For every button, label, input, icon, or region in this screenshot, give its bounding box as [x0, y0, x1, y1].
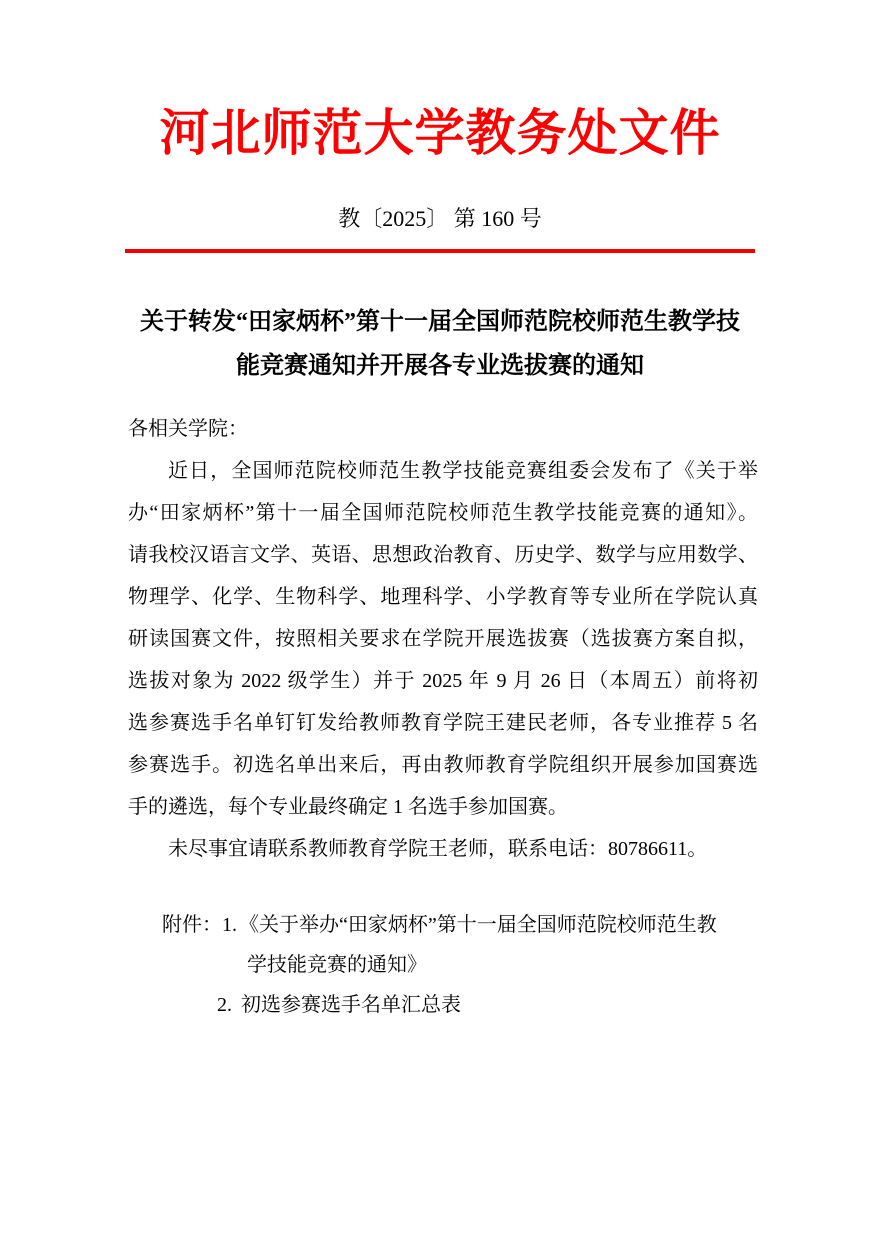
attachments-label: 附件： [162, 914, 222, 936]
document-title-line-2: 能竞赛通知并开展各专业选拔赛的通知 [0, 344, 880, 388]
document-body: 各相关学院： 近日，全国师范院校师范生教学技能竞赛组委会发布了《关于举 办“田家… [128, 408, 758, 870]
doc-number: 教〔2025〕 第 160 号 [0, 204, 880, 234]
body-line: 近日，全国师范院校师范生教学技能竞赛组委会发布了《关于举 [128, 450, 758, 492]
document-title-line-1: 关于转发“田家炳杯”第十一届全国师范院校师范生教学技 [0, 300, 880, 344]
document-page: 河北师范大学教务处文件 教〔2025〕 第 160 号 关于转发“田家炳杯”第十… [0, 0, 880, 1244]
closing-paragraph: 未尽事宜请联系教师教育学院王老师，联系电话：80786611。 [128, 828, 758, 870]
body-line: 办“田家炳杯”第十一届全国师范院校师范生教学技能竞赛的通知》。 [128, 492, 758, 534]
body-line: 参赛选手。初选名单出来后，再由教师教育学院组织开展参加国赛选 [128, 744, 758, 786]
body-line: 研读国赛文件，按照相关要求在学院开展选拔赛（选拔赛方案自拟， [128, 618, 758, 660]
letterhead-title: 河北师范大学教务处文件 [0, 0, 880, 166]
body-line: 请我校汉语言文学、英语、思想政治教育、历史学、数学与应用数学、 [128, 534, 758, 576]
header-divider-rule [125, 249, 755, 253]
attachment-1-number: 1. [222, 914, 237, 936]
body-line: 手的遴选，每个专业最终确定 1 名选手参加国赛。 [128, 786, 758, 828]
attachments-block: 附件：1.《关于举办“田家炳杯”第十一届全国师范院校师范生教 学技能竞赛的通知》… [128, 905, 758, 1025]
attachment-item-1: 附件：1.《关于举办“田家炳杯”第十一届全国师范院校师范生教 [128, 905, 758, 945]
body-line: 选参赛选手名单钉钉发给教师教育学院王建民老师，各专业推荐 5 名 [128, 702, 758, 744]
document-title: 关于转发“田家炳杯”第十一届全国师范院校师范生教学技 能竞赛通知并开展各专业选拔… [0, 300, 880, 388]
salutation: 各相关学院： [128, 408, 758, 450]
attachment-1-text-line-2: 学技能竞赛的通知》 [128, 945, 758, 985]
attachment-2-number: 2. [217, 994, 232, 1016]
body-line: 选拔对象为 2022 级学生）并于 2025 年 9 月 26 日（本周五）前将… [128, 660, 758, 702]
attachment-2-text: 初选参赛选手名单汇总表 [241, 994, 461, 1016]
attachment-item-2: 2.初选参赛选手名单汇总表 [128, 985, 758, 1025]
attachment-1-text-line-1: 《关于举办“田家炳杯”第十一届全国师范院校师范生教 [239, 914, 717, 936]
body-line: 物理学、化学、生物科学、地理科学、小学教育等专业所在学院认真 [128, 576, 758, 618]
